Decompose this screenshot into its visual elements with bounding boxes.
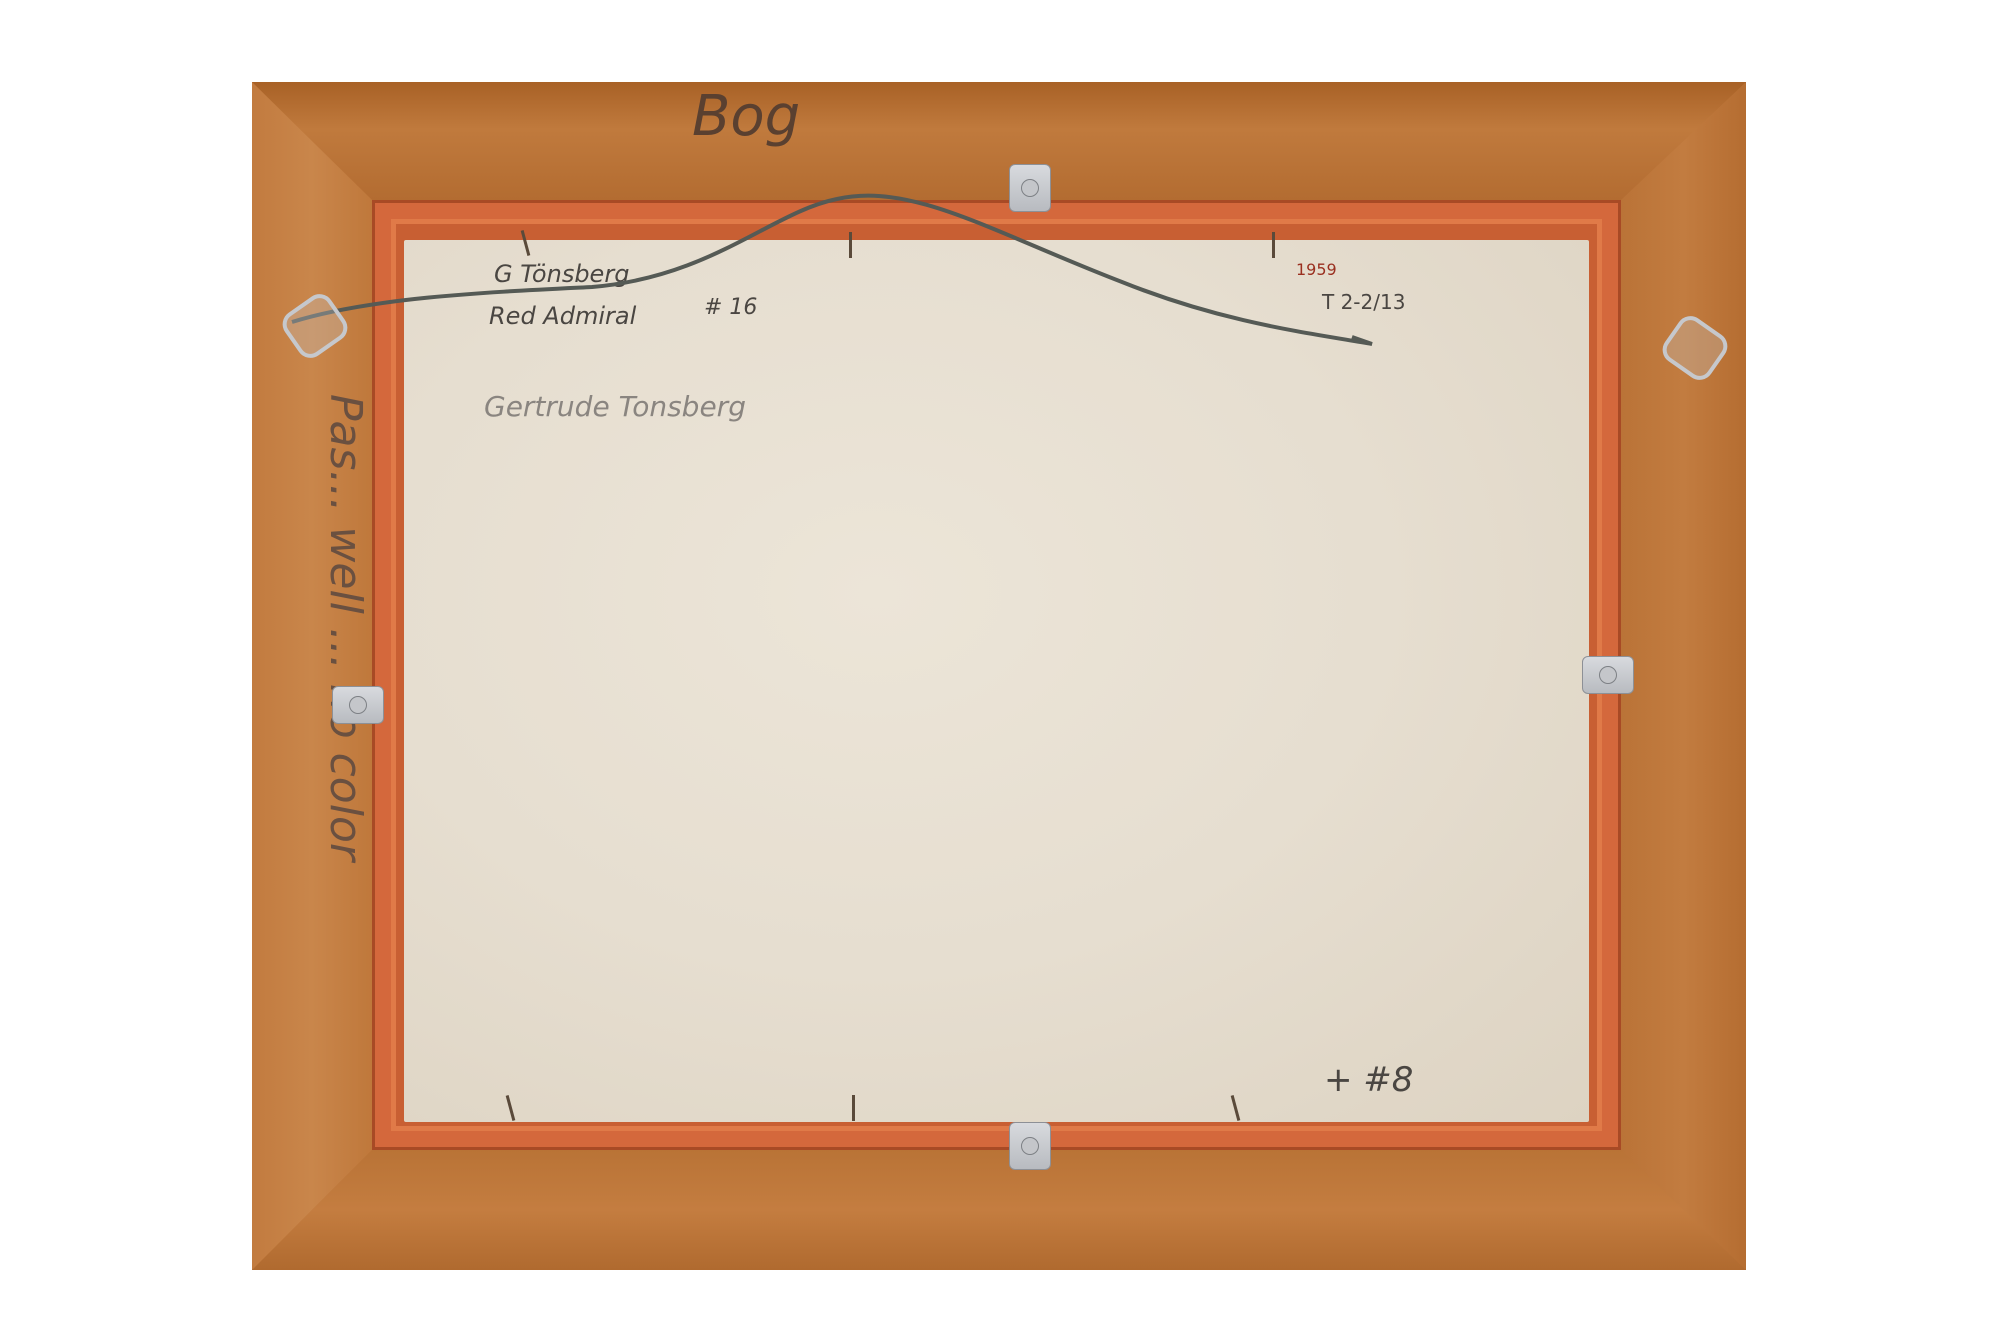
turn-clip-right	[1582, 656, 1634, 694]
screw-icon	[1021, 1137, 1039, 1155]
picture-frame: Bog Pas... well ... no color G Tönsberg …	[252, 82, 1746, 1270]
turn-clip-bottom	[1009, 1122, 1051, 1170]
screw-icon	[1021, 179, 1039, 197]
turn-clip-top	[1009, 164, 1051, 212]
turn-clip-left	[332, 686, 384, 724]
screw-icon	[1599, 666, 1617, 684]
hanging-wire	[252, 82, 1746, 1270]
screw-icon	[349, 696, 367, 714]
